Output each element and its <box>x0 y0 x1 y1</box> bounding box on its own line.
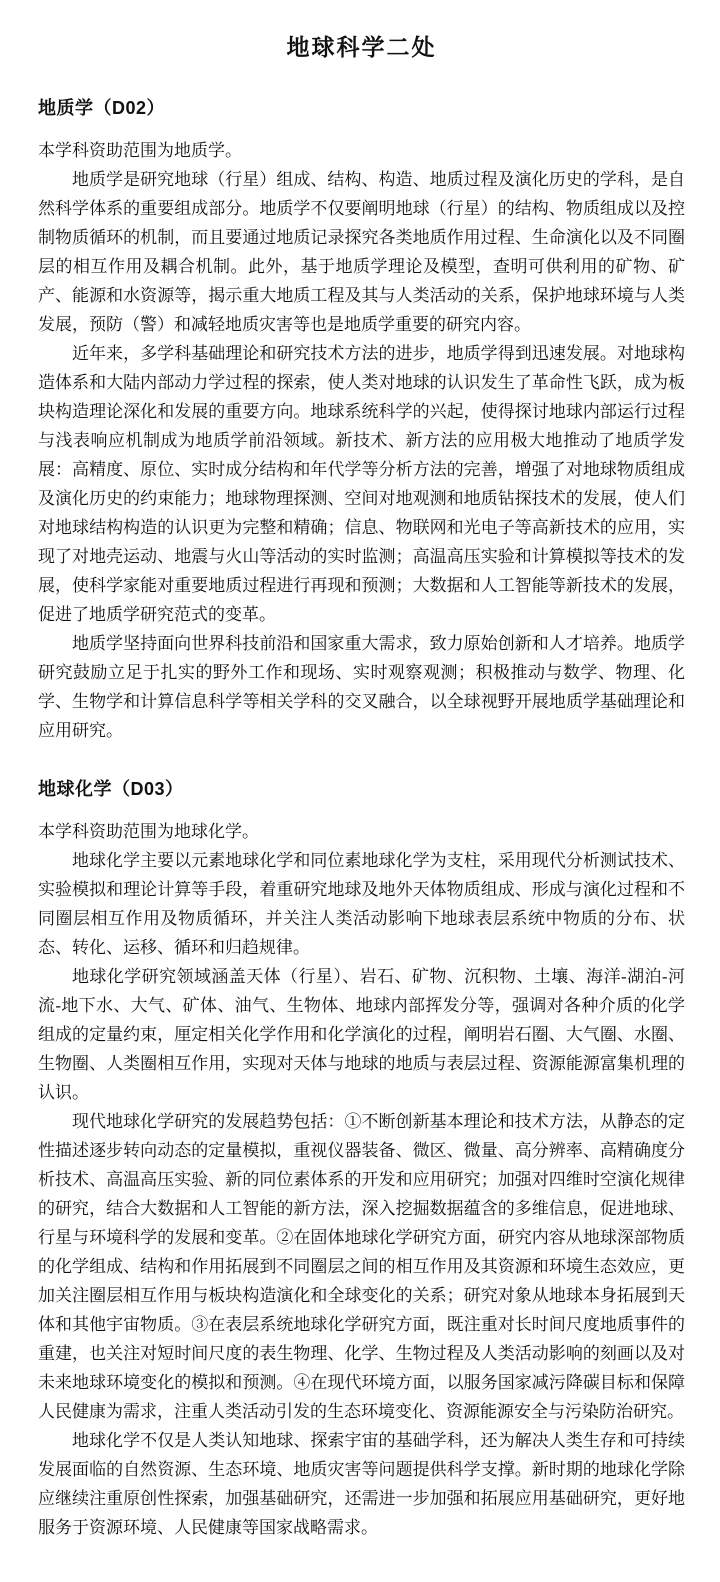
paragraph-geochemistry-trends: 现代地球化学研究的发展趋势包括：①不断创新基本理论和技术方法，从静态的定性描述逐… <box>38 1107 685 1426</box>
document-page: 地球科学二处 地质学（D02） 本学科资助范围为地质学。 地质学是研究地球（行星… <box>0 0 720 1582</box>
paragraph-geochemistry-fields: 地球化学研究领域涵盖天体（行星）、岩石、矿物、沉积物、土壤、海洋-湖泊-河流-地… <box>38 962 685 1107</box>
paragraph-geochemistry-significance: 地球化学不仅是人类认知地球、探索宇宙的基础学科，还为解决人类生存和可持续发展面临… <box>38 1426 685 1542</box>
paragraph-geology-scope: 本学科资助范围为地质学。 <box>38 136 685 165</box>
section-geology: 地质学（D02） 本学科资助范围为地质学。 地质学是研究地球（行星）组成、结构、… <box>38 96 685 745</box>
paragraph-geochemistry-scope: 本学科资助范围为地球化学。 <box>38 817 685 846</box>
paragraph-geology-orientation: 地质学坚持面向世界科技前沿和国家重大需求，致力原始创新和人才培养。地质学研究鼓励… <box>38 629 685 745</box>
section-heading-geology: 地质学（D02） <box>38 96 685 120</box>
paragraph-geology-definition: 地质学是研究地球（行星）组成、结构、构造、地质过程及演化历史的学科，是自然科学体… <box>38 165 685 339</box>
paragraph-geochemistry-definition: 地球化学主要以元素地球化学和同位素地球化学为支柱，采用现代分析测试技术、实验模拟… <box>38 846 685 962</box>
section-geochemistry: 地球化学（D03） 本学科资助范围为地球化学。 地球化学主要以元素地球化学和同位… <box>38 777 685 1542</box>
page-title: 地球科学二处 <box>38 30 685 64</box>
section-heading-geochemistry: 地球化学（D03） <box>38 777 685 801</box>
paragraph-geology-development: 近年来，多学科基础理论和研究技术方法的进步，地质学得到迅速发展。对地球构造体系和… <box>38 339 685 629</box>
